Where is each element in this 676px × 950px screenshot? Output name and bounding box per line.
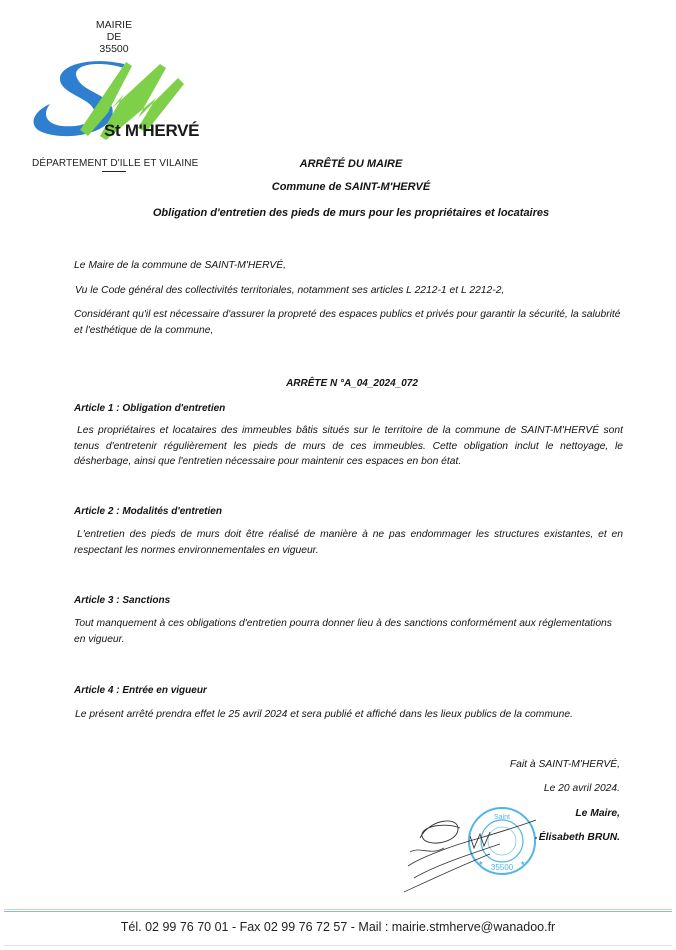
article-4-heading: Article 4 : Entrée en vigueur	[74, 683, 207, 699]
article-1-body: Les propriétaires et locataires des imme…	[74, 423, 623, 470]
article-2-body: L'entretien des pieds de murs doit être …	[74, 527, 623, 558]
signature-date: Le 20 avril 2024.	[544, 781, 620, 797]
mairie-line-3: 35500	[84, 43, 144, 55]
article-2-heading: Article 2 : Modalités d'entretien	[74, 504, 222, 520]
footer-rule-bottom	[4, 945, 672, 946]
handwritten-signature	[400, 808, 540, 898]
preamble-code: Vu le Code général des collectivités ter…	[75, 283, 504, 299]
logo-name: St M'HERVÉ	[104, 121, 199, 141]
preamble-considering: Considérant qu'il est nécessaire d'assur…	[74, 307, 624, 338]
mairie-line-2: DE	[84, 31, 144, 43]
signature-name: Élisabeth BRUN.	[539, 830, 620, 846]
decree-number: ARRÊTE N °A_04_2024_072	[0, 376, 676, 392]
signature-place: Fait à SAINT-M'HERVÉ,	[510, 757, 620, 773]
decree-subject: Obligation d'entretien des pieds de murs…	[0, 206, 676, 222]
footer-contact: Tél. 02 99 76 70 01 - Fax 02 99 76 72 57…	[0, 920, 676, 934]
article-1-heading: Article 1 : Obligation d'entretien	[74, 401, 225, 417]
mairie-line-1: MAIRIE	[84, 19, 144, 31]
article-3-body: Tout manquement à ces obligations d'entr…	[74, 616, 626, 647]
footer-rule-green	[4, 909, 672, 910]
signature-role: Le Maire,	[575, 806, 620, 822]
footer-rule-blue	[4, 911, 672, 912]
article-4-body: Le présent arrêté prendra effet le 25 av…	[75, 707, 573, 723]
decree-title: ARRÊTÉ DU MAIRE	[0, 157, 676, 173]
article-3-heading: Article 3 : Sanctions	[74, 593, 170, 609]
mairie-label: MAIRIE DE 35500	[84, 19, 144, 55]
preamble-mayor: Le Maire de la commune de SAINT-M'HERVÉ,	[74, 258, 286, 274]
commune-title: Commune de SAINT-M'HERVÉ	[0, 180, 676, 196]
